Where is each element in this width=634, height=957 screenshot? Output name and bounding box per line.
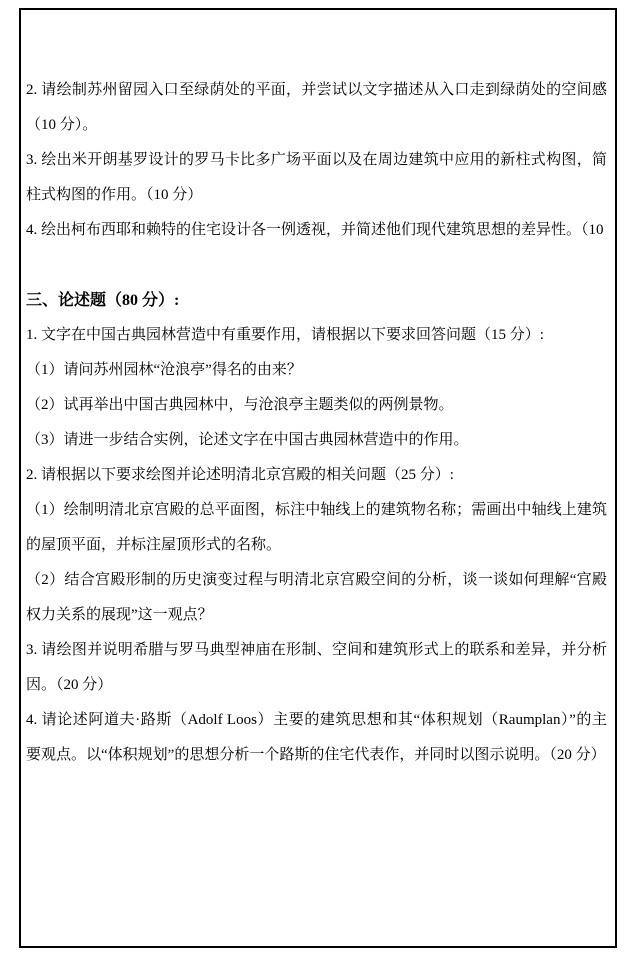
essay-question1-part1: （1）请问苏州园林“沧浪亭”得名的由来？ [26, 353, 607, 388]
question-short3-line1: 3. 绘出米开朗基罗设计的罗马卡比多广场平面以及在周边建筑中应用的新柱式构图，简… [26, 143, 607, 178]
exam-page: 2. 请绘制苏州留园入口至绿荫处的平面，并尝试以文字描述从入口走到绿荫处的空间感… [19, 8, 617, 948]
question-short3-line2: 柱式构图的作用。（10 分） [26, 178, 607, 213]
section-heading: 三、论述题（80 分）: [26, 283, 607, 318]
question-short4: 4. 绘出柯布西耶和赖特的住宅设计各一例透视，并简述他们现代建筑思想的差异性。（… [26, 213, 607, 248]
essay-question1: 1. 文字在中国古典园林营造中有重要作用，请根据以下要求回答问题（15 分）: [26, 318, 607, 353]
essay-question1-part2: （2）试再举出中国古典园林中，与沧浪亭主题类似的两例景物。 [26, 388, 607, 423]
essay-question3-line1: 3. 请绘图并说明希腊与罗马典型神庙在形制、空间和建筑形式上的联系和差异，并分析… [26, 633, 607, 668]
question-short2-line1: 2. 请绘制苏州留园入口至绿荫处的平面，并尝试以文字描述从入口走到绿荫处的空间感… [26, 73, 607, 108]
essay-question1-part3: （3）请进一步结合实例，论述文字在中国古典园林营造中的作用。 [26, 423, 607, 458]
question-short2-line2: （10 分）。 [26, 108, 607, 143]
essay-question2-part1-line2: 的屋顶平面，并标注屋顶形式的名称。 [26, 528, 607, 563]
essay-question2-part2-line1: （2）结合宫殿形制的历史演变过程与明清北京宫殿空间的分析，谈一谈如何理解“宫殿是 [26, 563, 607, 598]
essay-question4-line1: 4. 请论述阿道夫·路斯（Adolf Loos）主要的建筑思想和其“体积规划（R… [26, 703, 607, 738]
essay-question2-part2-line2: 权力关系的展现”这一观点？ [26, 598, 607, 633]
essay-question2-part1-line1: （1）绘制明清北京宫殿的总平面图，标注中轴线上的建筑物名称；需画出中轴线上建筑物 [26, 493, 607, 528]
essay-question3-line2: 因。（20 分） [26, 668, 607, 703]
essay-question4-line2: 要观点。以“体积规划”的思想分析一个路斯的住宅代表作，并同时以图示说明。（20 … [26, 738, 607, 773]
essay-question2: 2. 请根据以下要求绘图并论述明清北京宫殿的相关问题（25 分）: [26, 458, 607, 493]
